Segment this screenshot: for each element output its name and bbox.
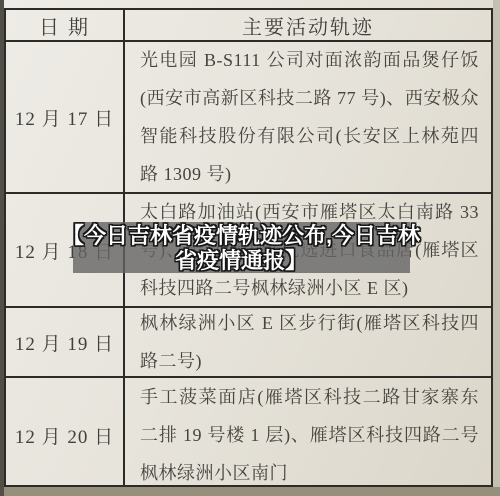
date-value: 12 月 19 日 (15, 329, 114, 356)
trajectory-cell: 枫林绿洲小区 E 区步行街(雁塔区科技四路二号) (125, 308, 491, 378)
header-date-label: 日 期 (39, 11, 90, 40)
header-trajectory-label: 主要活动轨迹 (242, 11, 374, 40)
date-cell: 12 月 19 日 (6, 308, 125, 378)
date-cell: 12 月 20 日 (6, 378, 125, 492)
watermark-line1: 【今日吉林省疫情轨迹公布,今日吉林 (1, 223, 481, 248)
trajectory-cell: 光电园 B-S111 公司对面浓韵面品煲仔饭(西安市高新区科技二路 77 号)、… (125, 42, 491, 194)
photo-edge-bottom (0, 487, 500, 496)
date-value: 12 月 17 日 (15, 104, 114, 131)
watermark-title: 【今日吉林省疫情轨迹公布,今日吉林 省疫情通报】 (1, 223, 481, 273)
trajectory-text: 枫林绿洲小区 E 区步行街(雁塔区科技四路二号) (140, 304, 479, 380)
watermark-line2: 省疫情通报】 (1, 248, 481, 273)
header-cell-date: 日 期 (6, 10, 125, 42)
photo-edge-right (493, 0, 500, 496)
date-value: 12 月 20 日 (15, 422, 114, 449)
trajectory-cell: 手工菠菜面店(雁塔区科技二路甘家寨东二排 19 号楼 1 层)、雁塔区科技四路二… (125, 378, 491, 492)
photographed-trajectory-table: 日 期 主要活动轨迹 12 月 17 日 光电园 B-S111 公司对面浓韵面品… (0, 0, 500, 496)
trajectory-text: 手工菠菜面店(雁塔区科技二路甘家寨东二排 19 号楼 1 层)、雁塔区科技四路二… (140, 378, 479, 492)
header-cell-trajectory: 主要活动轨迹 (125, 10, 491, 42)
trajectory-text: 光电园 B-S111 公司对面浓韵面品煲仔饭(西安市高新区科技二路 77 号)、… (140, 41, 479, 193)
date-cell: 12 月 17 日 (6, 42, 125, 194)
